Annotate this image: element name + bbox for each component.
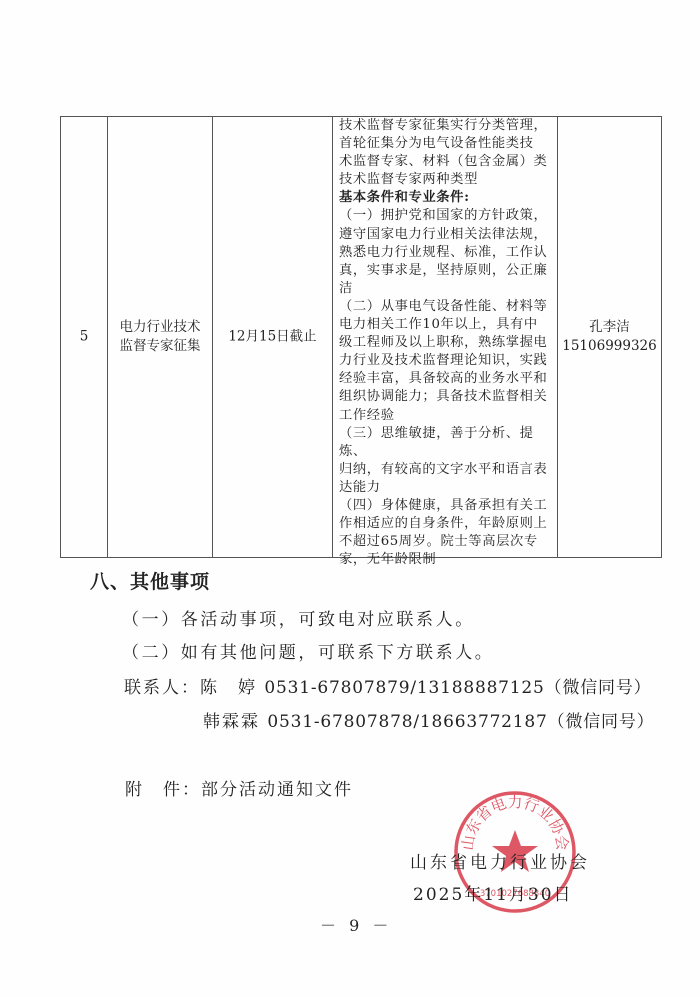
cell-activity-name: 电力行业技术 监督专家征集 [108,117,213,557]
details-line: 术监督专家、材料（包含金属）类 [339,153,553,171]
signature-org: 山东省电力行业协会 [410,848,590,873]
attachment-label: 附 件： [125,780,201,800]
contact-name: 孔李洁 [558,318,661,337]
details-line: 工作经验 [339,407,553,425]
details-line: 熟悉电力行业规程、标准，工作认 [339,244,553,262]
contact-phone: 0531-67807878/18663772187（微信同号） [267,712,654,732]
row-index: 5 [61,328,107,347]
contact-row-2: 韩霖霖 0531-67807878/18663772187（微信同号） [203,707,654,732]
cell-details: 技术监督专家征集实行分类管理，首轮征集分为电气设备性能类技术监督专家、材料（包含… [333,117,558,557]
details-subheading: 基本条件和专业条件: [339,189,553,207]
section-item-2: （二）如有其他问题，可联系下方联系人。 [122,638,494,663]
cell-index: 5 [61,117,108,557]
details-line: 家，无年龄限制 [339,551,553,569]
details-line: （二）从事电气设备性能、材料等 [339,298,553,316]
deadline-text: 12月15日截止 [213,328,332,347]
details-line: 经验丰富，具备较高的业务水平和 [339,370,553,388]
details-line: 真，实事求是，坚持原则，公正廉 [339,262,553,280]
contact-row-1: 联系人：陈 婷 0531-67807879/13188887125（微信同号） [124,673,651,698]
cell-deadline: 12月15日截止 [213,117,333,557]
contacts-label: 联系人： [124,678,200,698]
details-line: 作相适应的自身条件，年龄原则上 [339,515,553,533]
signature-date: 2025年11月30日 [413,880,573,905]
contact-phone: 0531-67807879/13188887125（微信同号） [264,678,651,698]
activity-name-line: 监督专家征集 [108,337,212,356]
activity-name-line: 电力行业技术 [108,318,212,337]
cell-contact: 孔李洁 15106999326 [558,117,661,557]
details-line: （一）拥护党和国家的方针政策， [339,207,553,225]
section-item-1: （一）各活动事项，可致电对应联系人。 [122,605,475,630]
details-line: 电力相关工作10年以上，具有中 [339,316,553,334]
details-line: 不超过65周岁。院士等高层次专 [339,533,553,551]
activity-table: 5 电力行业技术 监督专家征集 12月15日截止 技术监督专家征集实行分类管理，… [60,116,662,558]
attachment-text: 部分活动通知文件 [201,780,353,800]
section-heading: 八、其他事项 [90,567,210,594]
details-line: 力行业及技术监督理论知识，实践 [339,352,553,370]
details-line: 技术监督专家两种类型 [339,171,553,189]
page-number: － 9 － [320,913,392,936]
attachment-row: 附 件：部分活动通知文件 [125,775,353,800]
details-line: 级工程师及以上职称，熟练掌握电 [339,334,553,352]
details-line: 组织协调能力；具备技术监督相关 [339,388,553,406]
details-line: 归纳，有较高的文字水平和语言表 [339,461,553,479]
details-line: 遵守国家电力行业相关法律法规， [339,226,553,244]
details-line: 首轮征集分为电气设备性能类技 [339,135,553,153]
details-line: 达能力 [339,479,553,497]
contact-name: 韩霖霖 [203,712,260,732]
details-line: （三）思维敏捷，善于分析、提炼、 [339,425,553,461]
details-line: （四）身体健康，具备承担有关工 [339,497,553,515]
details-line: 技术监督专家征集实行分类管理， [339,117,553,135]
details-line: 洁 [339,280,553,298]
contact-phone: 15106999326 [558,337,661,356]
contact-name: 陈 婷 [200,678,257,698]
